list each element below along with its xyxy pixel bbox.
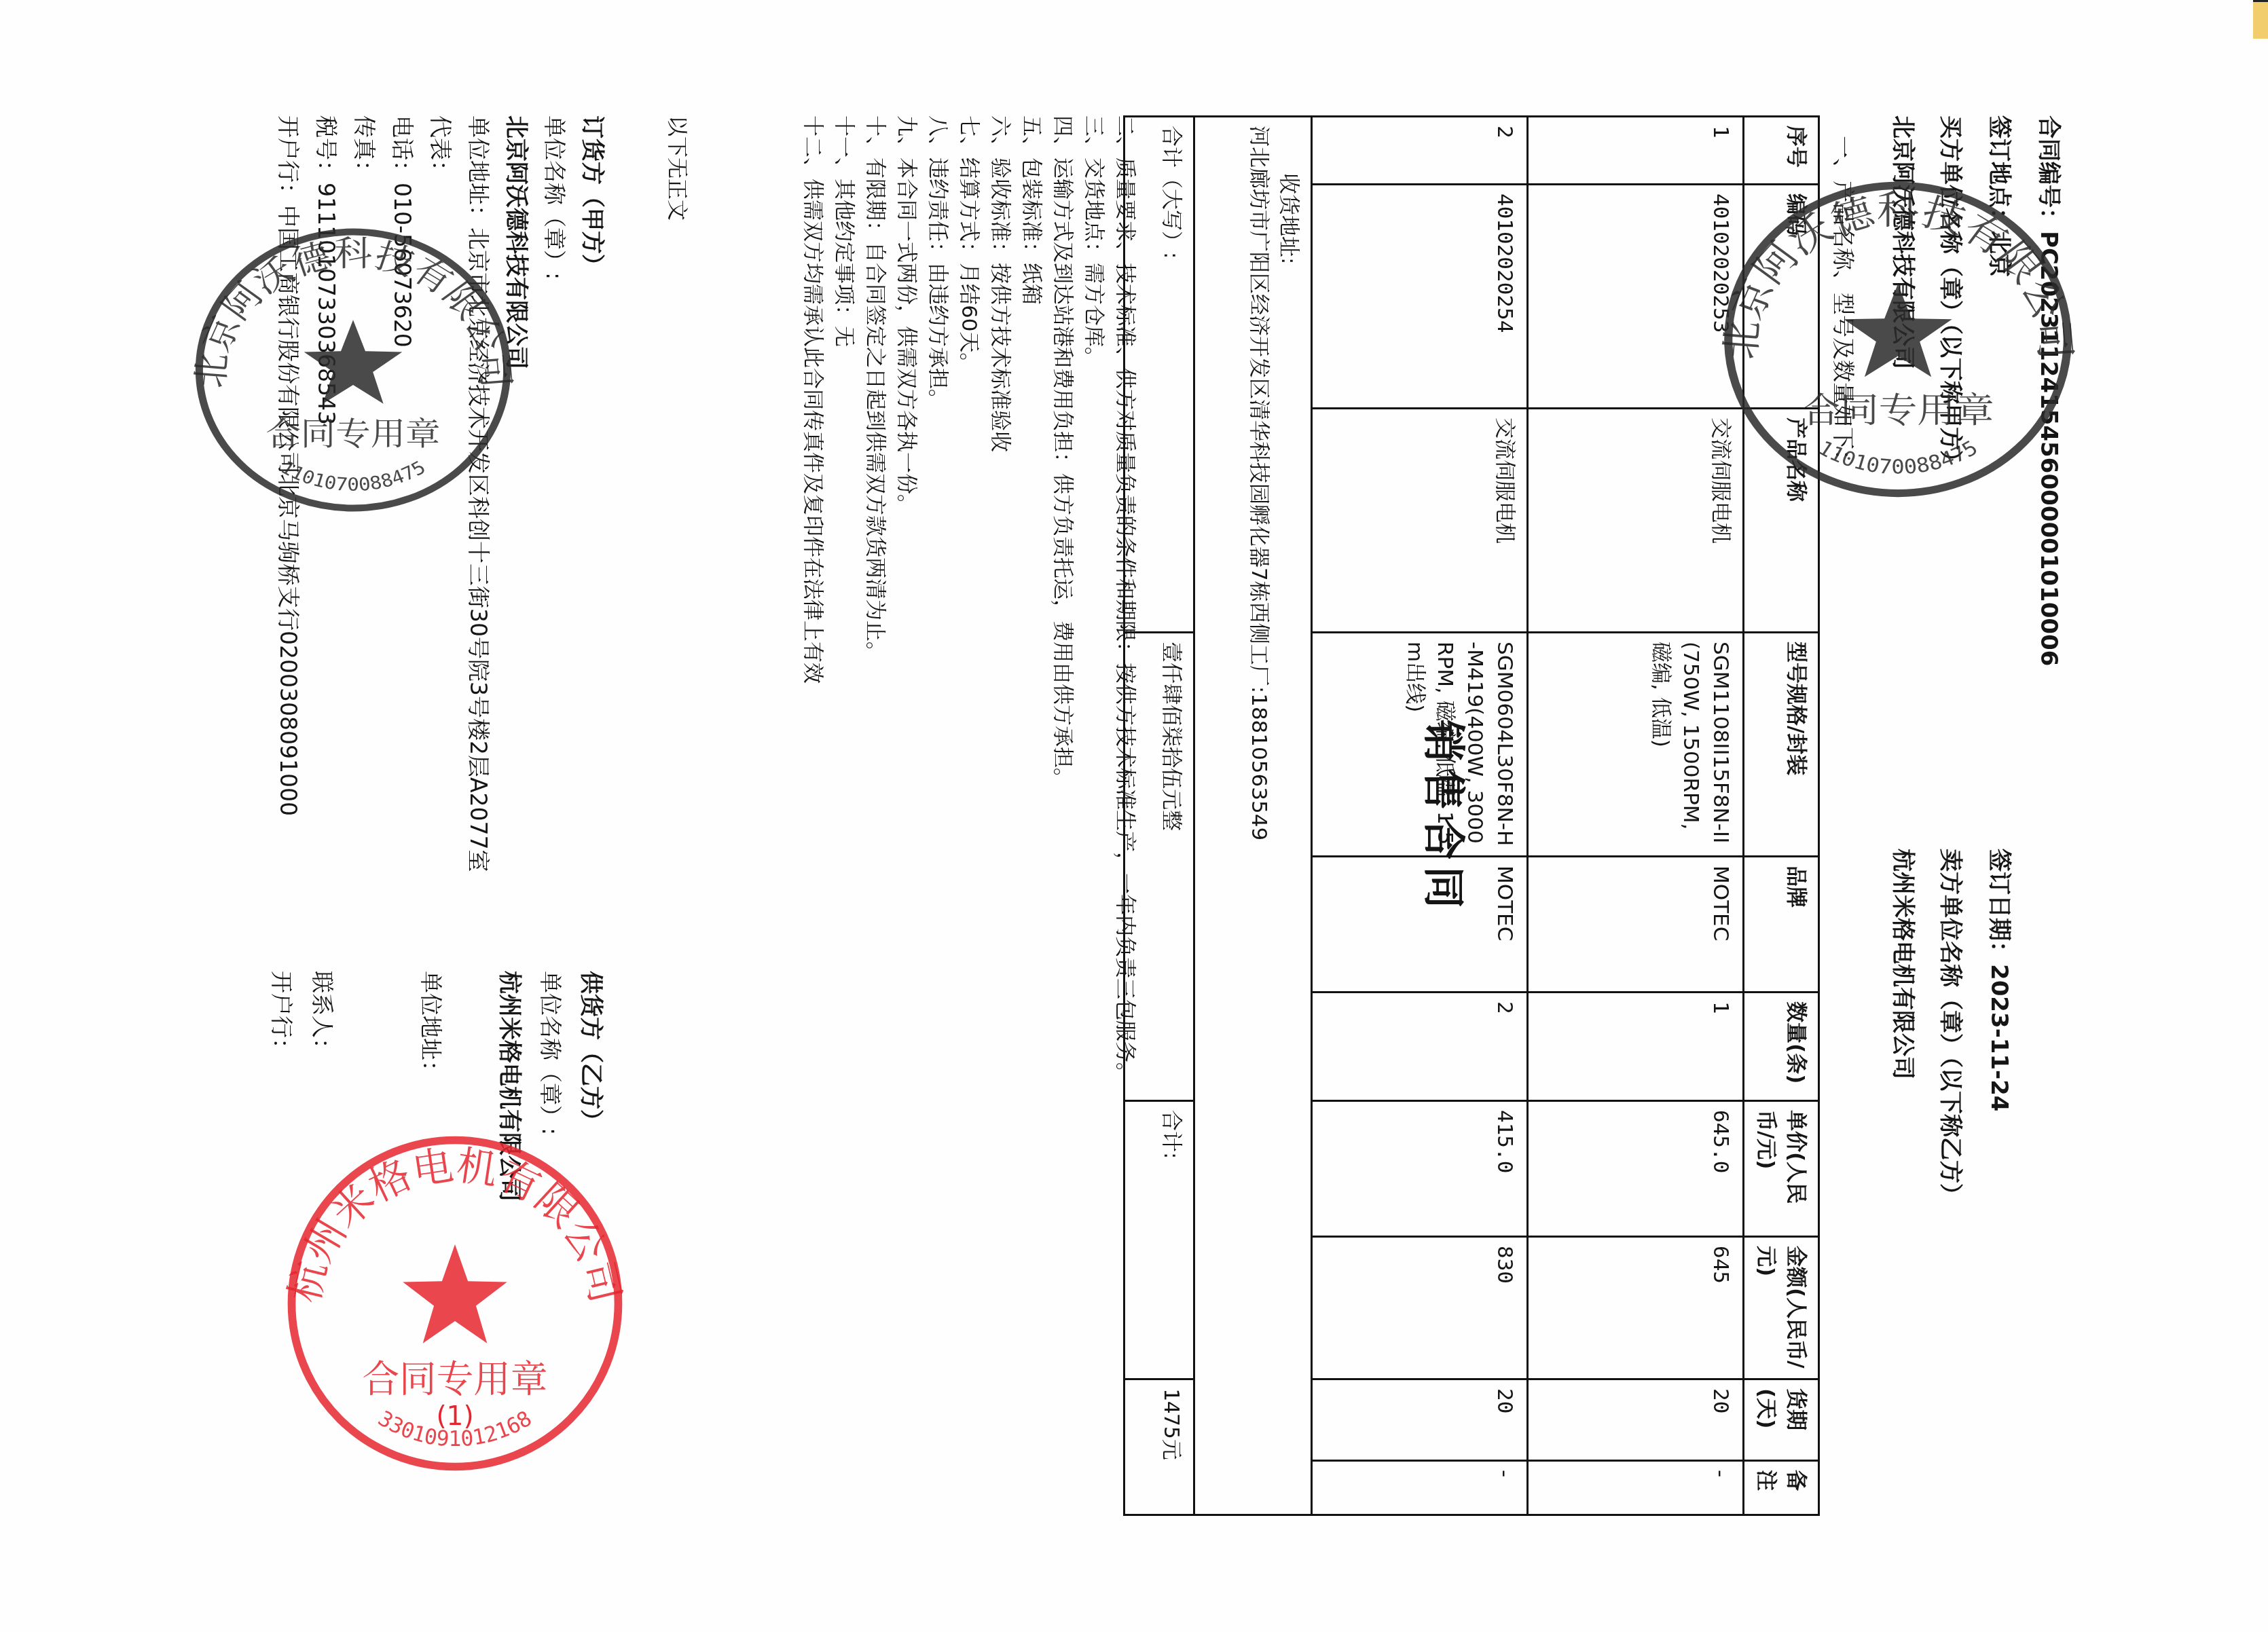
total-label: 合计: [1124,1101,1194,1379]
cell-seq: 2 [1312,117,1528,185]
buyer-address-label: 单位地址： [465,115,492,227]
contract-clauses: 二、质量要求、技术标准、供方对质量负责的条件和期限：按供方技术标准生产，一年内负… [797,115,1141,1083]
col-header-unit-price: 单价(人民币/元) [1744,1101,1819,1237]
sign-date-label: 签订日期： [1986,849,2013,964]
cell-lead-time: 20 [1312,1379,1528,1461]
svg-text:1101070088475: 1101070088475 [1814,437,1982,479]
seller-bank-label: 开户行： [268,971,295,1060]
sign-date-value: 2023-11-24 [1986,964,2013,1111]
delivery-address-cell: 收货地址: 河北廊坊市广阳区经济开发区清华科技园孵化器7栋西侧工厂:188105… [1194,117,1312,1515]
col-header-brand: 品牌 [1744,857,1819,993]
clause-4: 四、运输方式及到达站港和费用负担：供方负责托运，费用由供方承担。 [1047,115,1078,1083]
table-row: 2 40102020254 交流伺服电机 SGM0604L30F8N-H-M41… [1312,117,1528,1515]
delivery-address-label: 收货地址: [1274,126,1304,1506]
cell-qty: 1 [1528,993,1744,1101]
cell-remark: - [1312,1461,1528,1515]
buyer-seal-bottom: 北京阿沃德科技有限公司合同专用章1101070088475 [187,221,519,519]
clause-12: 十二、供需双方均需承认此合同传真件及复印件在法律上有效 [797,115,828,1083]
cell-seq: 1 [1528,117,1744,185]
clause-2: 二、质量要求、技术标准、供方对质量负责的条件和期限：按供方技术标准生产，一年内负… [1110,115,1141,1083]
table-row: 1 40102020253 交流伺服电机 SGM1108II15F8N-II(7… [1528,117,1744,1515]
clause-10: 十、有限期：自合同签定之日起到供需双方款货两清为止。 [860,115,891,1083]
sign-date: 签订日期：2023-11-24 [1985,849,2018,1111]
buyer-phone-label: 电话： [389,115,416,183]
cell-qty: 2 [1312,993,1528,1101]
clause-6: 六、验收标准：按供方技术标准验收 [985,115,1016,1083]
cell-remark: - [1528,1461,1744,1515]
buyer-heading: 订货方（甲方） [573,115,611,872]
svg-text:合同专用章: 合同专用章 [363,1357,548,1401]
end-note: 以下无正文 [661,115,693,221]
seller-name: 杭州米格电机有限公司 [1888,849,1922,1079]
cell-name: 交流伺服电机 [1312,409,1528,633]
scan-edge-mark [2253,0,2268,39]
clause-7: 七、结算方式：月结60天。 [953,115,985,1083]
col-header-spec: 型号规格/封装 [1744,633,1819,857]
seller-contact-label: 联系人： [309,971,335,1060]
cell-brand: MOTEC [1528,857,1744,993]
cell-spec: SGM0604L30F8N-H-M419(400W, 3000RPM, 磁编, … [1312,633,1528,857]
buyer-fax-label: 传真： [351,115,378,183]
cell-unit-price: 415.0 [1312,1101,1528,1237]
buyer-representative-label: 代表： [427,115,454,183]
cell-amount: 645 [1528,1237,1744,1379]
total-value: 1475元 [1124,1379,1194,1515]
cell-spec: SGM1108II15F8N-II(750W, 1500RPM, 磁编, 低温) [1528,633,1744,857]
svg-text:1101070088475: 1101070088475 [276,456,429,495]
seller-seal: 杭州米格电机有限公司合同专用章(1)3301091012168 [278,1127,632,1480]
buyer-bank-label: 开户行： [275,115,301,205]
col-header-lead-time: 货期(天) [1744,1379,1819,1461]
col-header-amount: 金额(人民币/元) [1744,1237,1819,1379]
buyer-unit-name-label: 单位名称（章）: [535,115,573,872]
clause-11: 十一、其他约定事项：无 [828,115,860,1083]
clause-8: 八、违约责任：由违约方承担。 [922,115,953,1083]
cell-amount: 830 [1312,1237,1528,1379]
cell-lead-time: 20 [1528,1379,1744,1461]
cell-name: 交流伺服电机 [1528,409,1744,633]
seller-label: 卖方单位名称（章）（以下称乙方） [1936,849,1969,1206]
col-header-qty: 数量(条) [1744,993,1819,1101]
svg-text:合同专用章: 合同专用章 [266,415,440,452]
cell-code: 40102020254 [1312,185,1528,409]
buyer-seal-top: 北京阿沃德科技有限公司合同专用章1101070088475 [1715,173,2081,506]
buyer-tax-no-label: 税号： [313,115,340,183]
cell-unit-price: 645.0 [1528,1101,1744,1237]
delivery-address-value: 河北廊坊市广阳区经济开发区清华科技园孵化器7栋西侧工厂:18810563549 [1244,126,1274,1506]
clause-3: 三、交货地点：需方仓库。 [1078,115,1110,1083]
cell-brand: MOTEC [1312,857,1528,993]
clause-5: 五、包装标准：纸箱 [1016,115,1047,1083]
clause-9: 九、本合同一式两份，供需双方各执一份。 [891,115,922,1083]
contract-page: 销售合同 合同编号：PC2023112415456000001010006 签订… [0,0,2268,1632]
delivery-address-row: 收货地址: 河北廊坊市广阳区经济开发区清华科技园孵化器7栋西侧工厂:188105… [1194,117,1312,1515]
col-header-remark: 备注 [1744,1461,1819,1515]
seller-address-label: 单位地址： [418,971,444,1083]
cell-code: 40102020253 [1528,185,1744,409]
svg-text:合同专用章: 合同专用章 [1801,390,1994,431]
